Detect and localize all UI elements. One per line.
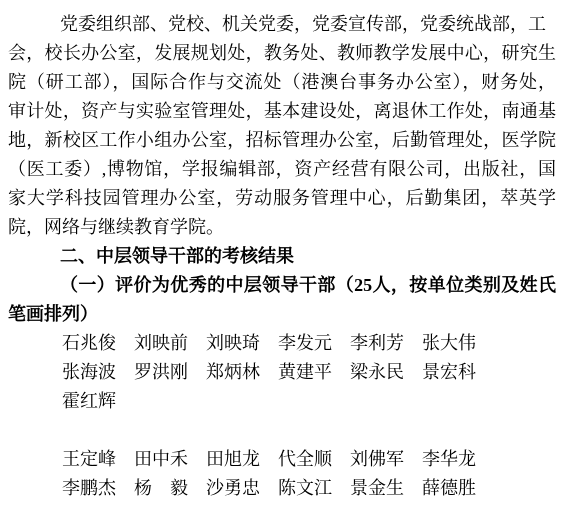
name-row: 张海波 罗洪刚 郑炳林 黄建平 梁永民 景宏科	[8, 358, 556, 387]
excellent-cadre-name-list: 石兆俊 刘映前 刘映琦 李发元 李利芳 张大伟 张海波 罗洪刚 郑炳林 黄建平 …	[8, 329, 556, 503]
paragraph-line: 党委组织部、党校、机关党委，党委宣传部，党委统战部，工	[8, 10, 556, 39]
name-row: 霍红辉	[8, 387, 556, 416]
paragraph-line: 地，新校区工作小组办公室，招标管理办公室，后勤管理处，医学院	[8, 126, 556, 155]
subsection-heading-line: 笔画排列）	[8, 300, 556, 329]
paragraph-line: 院，网络与继续教育学院。	[8, 213, 556, 242]
name-row: 王定峰 田中禾 田旭龙 代全顺 刘佛军 李华龙	[8, 445, 556, 474]
section-heading: 二、中层领导干部的考核结果	[8, 242, 556, 271]
paragraph-line: （医工委）,博物馆，学报编辑部，资产经营有限公司，出版社，国	[8, 155, 556, 184]
paragraph-line: 家大学科技园管理办公室，劳动服务管理中心，后勤集团，萃英学	[8, 184, 556, 213]
paragraph-line: 会，校长办公室，发展规划处，教务处、教师教学发展中心，研究生	[8, 39, 556, 68]
name-row: 石兆俊 刘映前 刘映琦 李发元 李利芳 张大伟	[8, 329, 556, 358]
name-row: 李鹏杰 杨 毅 沙勇忠 陈文江 景金生 薛德胜	[8, 474, 556, 503]
paragraph-line: 院（研工部），国际合作与交流处（港澳台事务办公室），财务处，	[8, 68, 556, 97]
subsection-heading-line: （一）评价为优秀的中层领导干部（25人，按单位类别及姓氏	[8, 271, 556, 300]
blank-line	[8, 416, 556, 445]
department-list-paragraph: 党委组织部、党校、机关党委，党委宣传部，党委统战部，工 会，校长办公室，发展规划…	[8, 10, 556, 242]
subsection-heading: （一）评价为优秀的中层领导干部（25人，按单位类别及姓氏 笔画排列）	[8, 271, 556, 329]
paragraph-line: 审计处，资产与实验室管理处，基本建设处，离退休工作处，南通基	[8, 97, 556, 126]
document-page: 党委组织部、党校、机关党委，党委宣传部，党委统战部，工 会，校长办公室，发展规划…	[0, 0, 564, 508]
